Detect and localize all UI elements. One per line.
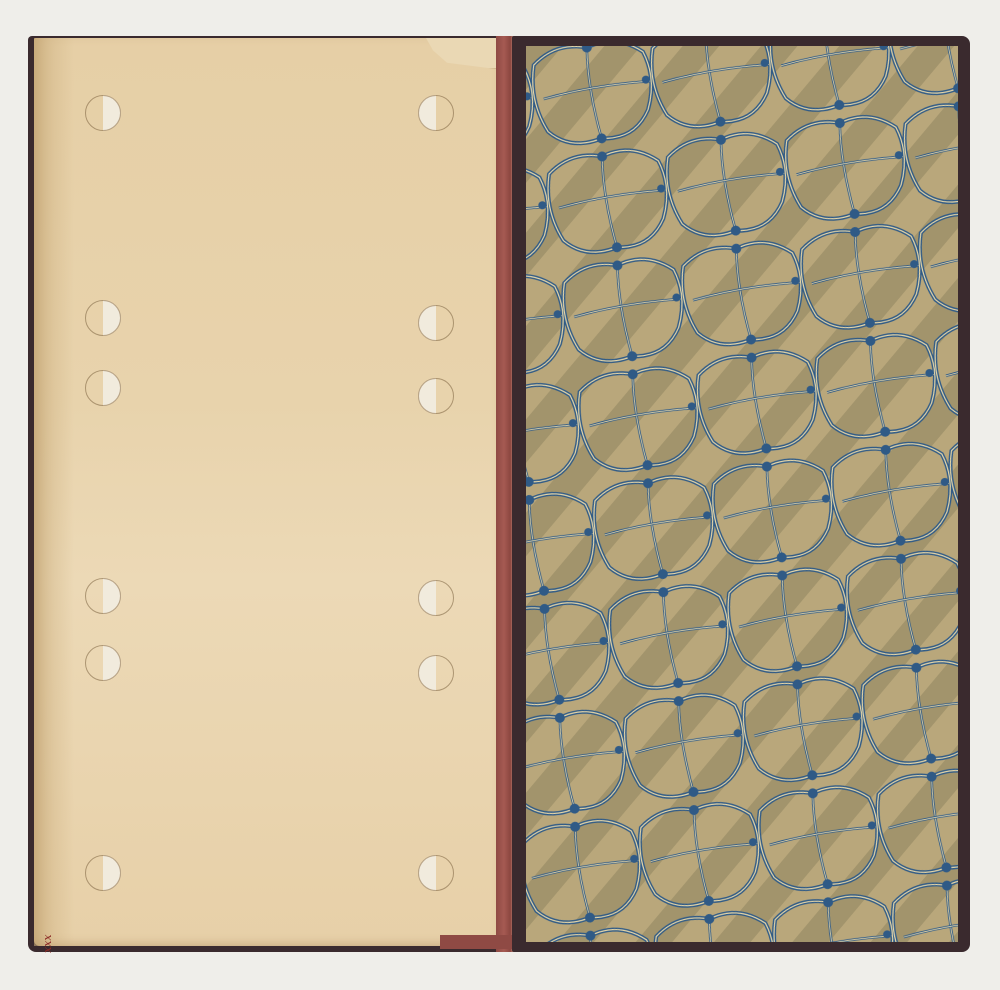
photo-corner-slot (85, 300, 121, 336)
photo-corner-slot (418, 305, 454, 341)
photo-corner-slot (418, 95, 454, 131)
photo-corner-slot (418, 655, 454, 691)
handwritten-inscription: xxx (42, 893, 56, 953)
left-pastedown-page: xxx (34, 38, 496, 946)
photo-corner-slot (85, 95, 121, 131)
marble-pattern-graphic (526, 46, 958, 942)
photo-corner-slot (418, 855, 454, 891)
marbled-endpaper (526, 46, 958, 942)
edge-stain (34, 38, 74, 946)
photo-corner-slot (418, 580, 454, 616)
album-scene: xxx (0, 0, 1000, 990)
photo-corner-slot (85, 370, 121, 406)
photo-corner-slot (85, 855, 121, 891)
torn-corner (426, 38, 496, 69)
photo-corner-slot (418, 378, 454, 414)
photo-corner-slot (85, 645, 121, 681)
photo-corner-slot (85, 578, 121, 614)
